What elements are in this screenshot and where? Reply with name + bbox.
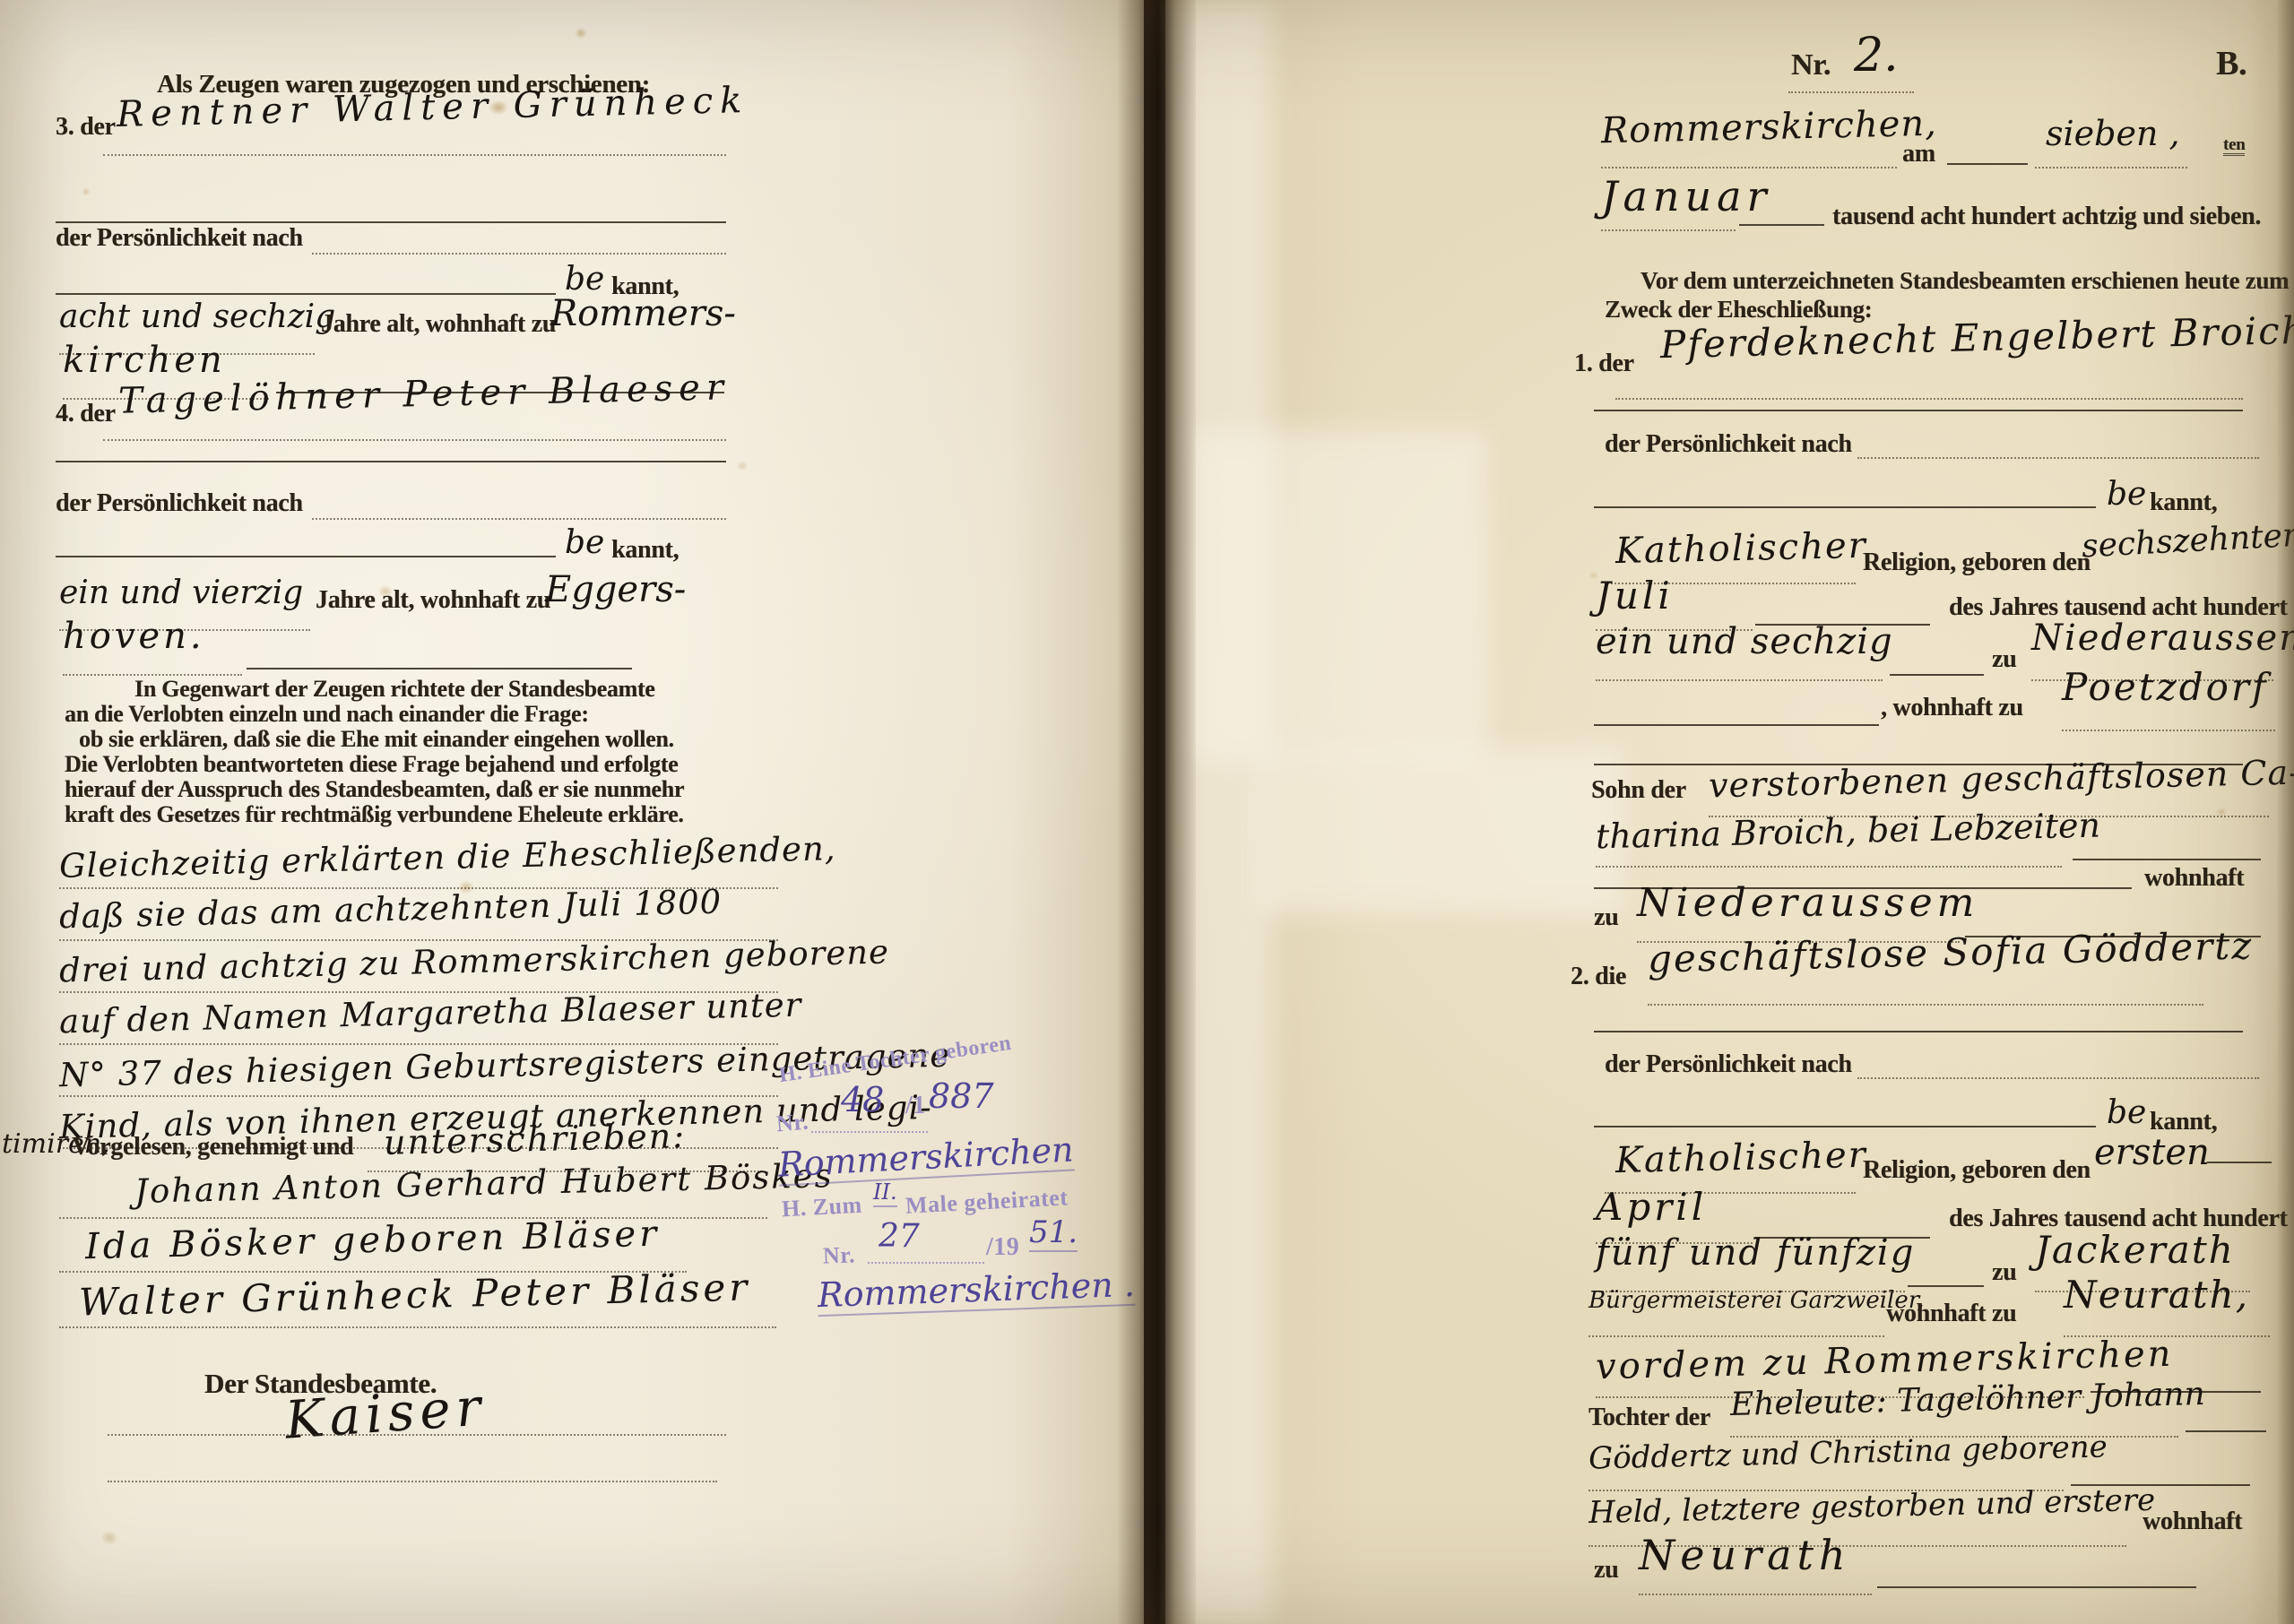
ceremony-line: an die Verlobten einzeln und nach einand…	[65, 703, 589, 726]
rule	[1594, 1126, 2096, 1127]
groom-parents-place-handwriting: Niederaussem	[1637, 884, 1978, 923]
ceremony-line: Die Verlobten beantworteten diese Frage …	[65, 753, 678, 776]
rule	[1857, 1077, 2259, 1079]
rule	[103, 439, 726, 441]
rule	[1594, 506, 2096, 508]
rule	[1615, 398, 2243, 400]
rule	[1739, 224, 1824, 226]
rule	[1639, 1594, 1872, 1595]
groom-zu2-label: zu	[1594, 905, 1618, 930]
marriage-stamp-ordinal-handwriting: II.	[873, 1181, 897, 1207]
witness4-place-handwriting: Eggers-	[545, 572, 686, 608]
rule	[1648, 1004, 2203, 1006]
bride-religion-handwriting: Katholischer	[1615, 1137, 1868, 1179]
witness4-place2-handwriting: hoven.	[63, 618, 205, 654]
groom-birthmonth-handwriting: Juli	[1596, 577, 1674, 615]
rule	[59, 1326, 776, 1328]
groom-number-label: 1. der	[1574, 351, 1634, 376]
rule	[312, 518, 726, 520]
bride-zu2-label: zu	[1594, 1558, 1618, 1583]
witness4-age-handwriting: ein und vierzig	[59, 577, 303, 609]
date-ten-label: ten	[2223, 136, 2245, 156]
ceremony-line: kraft des Gesetzes für rechtmäßig verbun…	[65, 803, 684, 826]
bride-birthyear-handwriting: fünf und fünfzig	[1596, 1235, 1915, 1271]
witness4-be-handwriting: be	[565, 527, 604, 559]
groom-yearlabel: des Jahres tausend acht hundert	[1949, 595, 2288, 620]
witness3-age-label: Jahre alt, wohnhaft zu	[321, 312, 556, 337]
rule	[312, 253, 726, 255]
paper-light-patch	[1192, 430, 1488, 762]
rule	[1890, 674, 1984, 676]
book-spine	[1117, 0, 1196, 1624]
bride-be-handwriting: be	[2107, 1097, 2146, 1129]
bride-zu-label: zu	[1992, 1260, 2016, 1285]
groom-parent-label: Sohn der	[1591, 778, 1686, 803]
rule	[56, 221, 726, 223]
date-month-handwriting: Januar	[1601, 176, 1772, 217]
rule	[103, 154, 726, 156]
date-am-label: am	[1902, 142, 1935, 167]
bride-birthplace-handwriting: Jackerath	[2035, 1231, 2235, 1269]
rule	[1788, 91, 1914, 93]
groom-resident-label: , wohnhaft zu	[1881, 695, 2023, 721]
record-nr-handwriting: 2.	[1854, 32, 1899, 79]
bride-parent-label: Tochter der	[1588, 1405, 1710, 1430]
rule	[1596, 679, 1883, 681]
rule	[1877, 1586, 2196, 1588]
bride-personality-label: der Persönlichkeit nach	[1605, 1052, 1852, 1077]
witness4-age-label: Jahre alt, wohnhaft zu	[316, 588, 550, 613]
witness3-be-handwriting: be	[565, 263, 604, 296]
ceremony-line: hierauf der Ausspruch des Standesbeamten…	[65, 778, 684, 801]
page-letter: B.	[2216, 47, 2246, 81]
groom-birthyear-handwriting: ein und sechzig	[1596, 624, 1893, 660]
rule	[811, 1131, 928, 1133]
rule	[1857, 457, 2259, 459]
bride-number-label: 2. die	[1571, 964, 1626, 989]
bride-kannt-label: kannt,	[2150, 1110, 2217, 1135]
rule	[56, 293, 556, 295]
rule	[2207, 1162, 2272, 1163]
groom-birthplace-handwriting: Niederaussem	[2031, 620, 2294, 656]
witness4-personality-label: der Persönlichkeit nach	[56, 491, 303, 516]
groom-residence-handwriting: Poetzdorf	[2062, 669, 2269, 706]
intro-line: Vor dem unterzeichneten Standesbeamten e…	[1640, 269, 2289, 293]
rule	[2062, 730, 2275, 731]
bride-residence-handwriting: Neurath,	[2064, 1276, 2249, 1314]
closing-printed-label: Vorgelesen, genehmigt und	[72, 1135, 353, 1160]
bride-birthday-handwriting: ersten	[2094, 1135, 2210, 1170]
bride-buergermeisterei-handwriting: Bürgermeisterei Garzweiler,	[1588, 1289, 1925, 1312]
marriage-stamp-prefix: H. Zum	[781, 1194, 862, 1222]
rule	[1947, 163, 2028, 165]
marriage-stamp-nr-handwriting: 27	[879, 1221, 920, 1253]
paper-light-patch	[1260, 748, 1623, 914]
birth-stamp-nr-handwriting: 48	[841, 1083, 884, 1117]
witness3-place-handwriting: Rommers-	[550, 296, 736, 332]
witness3-number-label: 3. der	[56, 115, 116, 140]
rule	[2186, 1430, 2266, 1432]
birth-stamp-nr-label: Nr.	[775, 1110, 809, 1136]
witness3-personality-label: der Persönlichkeit nach	[56, 226, 303, 251]
bride-resident-label: wohnhaft zu	[1886, 1301, 2016, 1326]
groom-be-handwriting: be	[2107, 479, 2146, 511]
rule	[1594, 1031, 2243, 1032]
date-year-label: tausend acht hundert achtzig und sieben.	[1832, 204, 2261, 229]
ceremony-line: In Gegenwart der Zeugen richtete der Sta…	[134, 678, 655, 701]
bride-birthmonth-handwriting: April	[1596, 1188, 1707, 1226]
rule	[108, 1434, 726, 1436]
rule	[2035, 167, 2187, 168]
bride-religion-label: Religion, geboren den	[1863, 1158, 2091, 1183]
rule	[2073, 859, 2261, 860]
rule	[868, 1262, 984, 1264]
rule	[1588, 1335, 1884, 1337]
page-edge-shadow	[2276, 0, 2294, 1624]
witness4-number-label: 4. der	[56, 402, 116, 427]
registrar-signature: Kaiser	[283, 1380, 488, 1447]
marriage-stamp-nr-label: Nr.	[823, 1243, 856, 1267]
groom-religion-handwriting: Katholischer	[1615, 528, 1868, 569]
closing-handwriting-end: unterschrieben:	[384, 1119, 687, 1160]
birth-stamp-year-handwriting: 887	[929, 1079, 994, 1113]
groom-kannt-label: kannt,	[2150, 490, 2217, 515]
rule	[1601, 229, 1736, 231]
witness3-place2-handwriting: kirchen	[63, 342, 226, 378]
bride-wohnhaft-label: wohnhaft	[2143, 1509, 2242, 1534]
marriage-stamp-year-handwriting: 51.	[1029, 1217, 1078, 1252]
marriage-stamp-slash: /19	[986, 1235, 1019, 1260]
date-place-handwriting: Rommerskirchen,	[1601, 106, 1938, 149]
rule	[1601, 167, 1897, 168]
register-spread: Als Zeugen waren zugezogen und erschiene…	[0, 0, 2294, 1624]
witness3-age-handwriting: acht und sechzig	[59, 301, 335, 333]
date-day-handwriting: sieben ,	[2046, 117, 2180, 151]
ceremony-line: ob sie erklären, daß sie die Ehe mit ein…	[79, 728, 674, 751]
rule	[1594, 410, 2243, 411]
bride-parents-place-handwriting: Neurath	[1639, 1534, 1851, 1576]
witness4-kannt-label: kannt,	[611, 538, 679, 563]
birth-stamp-slash: /1	[905, 1093, 926, 1119]
rule	[247, 668, 632, 669]
record-nr-label: Nr.	[1791, 50, 1831, 81]
rule	[56, 461, 726, 462]
rule	[1596, 866, 2062, 868]
groom-zu-label: zu	[1992, 647, 2016, 672]
groom-wohnhaft-label: wohnhaft	[2144, 866, 2244, 891]
groom-religion-label: Religion, geboren den	[1863, 550, 2091, 575]
rule	[56, 556, 556, 557]
rule	[1594, 724, 1879, 726]
rule	[108, 1481, 717, 1482]
groom-personality-label: der Persönlichkeit nach	[1605, 432, 1852, 457]
